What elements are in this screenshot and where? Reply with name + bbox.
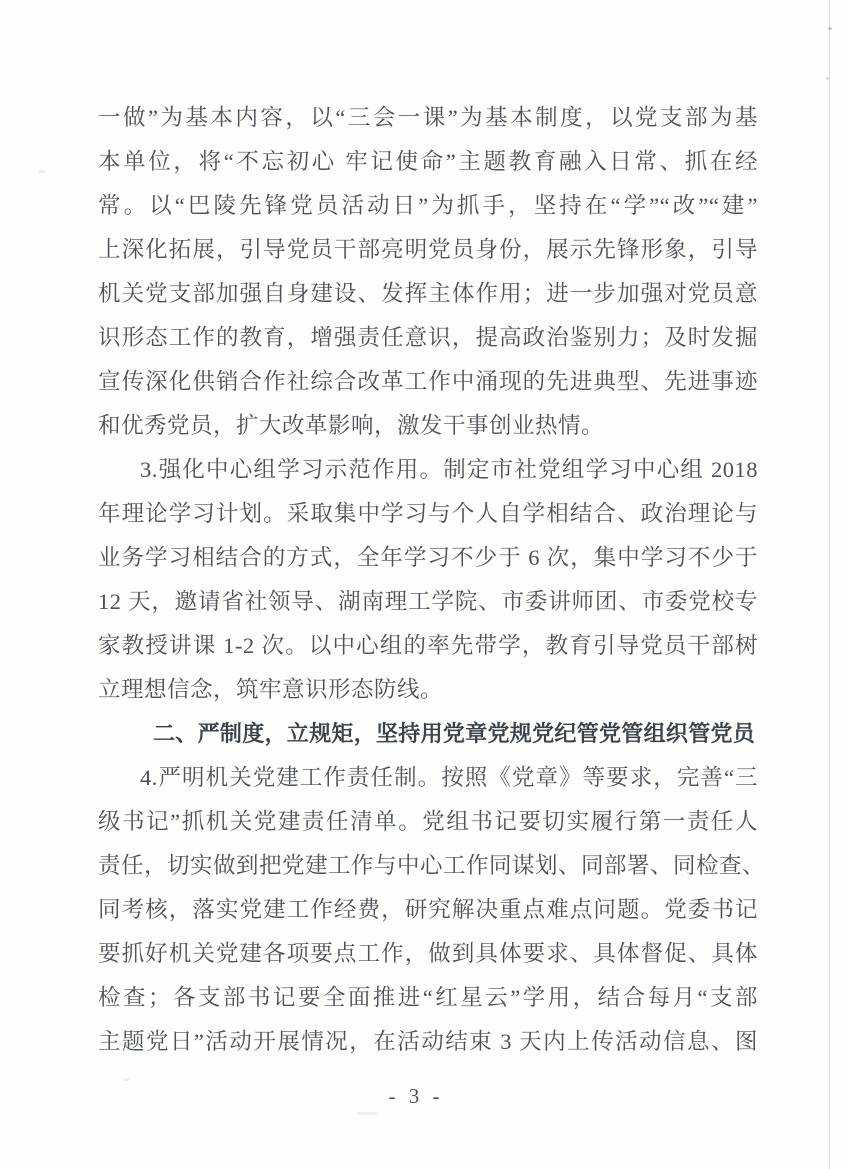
body-text-line: 12 天，邀请省社领导、湖南理工学院、市委讲师团、市委党校专: [98, 580, 758, 624]
scan-speck: [826, 77, 829, 80]
body-text-line: 责任，切实做到把党建工作与中心工作同谋划、同部署、同检查、: [98, 844, 758, 888]
section-heading: 二、严制度，立规矩，坚持用党章党规党纪管党管组织管党员: [98, 712, 758, 756]
body-text-line: 常。以“巴陵先锋党员活动日”为抓手，坚持在“学”“改”“建”: [98, 184, 758, 228]
body-text-line: 宣传深化供销合作社综合改革工作中涌现的先进典型、先进事迹: [98, 360, 758, 404]
body-text-line: 一做”为基本内容，以“三会一课”为基本制度，以党支部为基: [98, 96, 758, 140]
body-text-line: 年理论学习计划。采取集中学习与个人自学相结合、政治理论与: [98, 492, 758, 536]
body-text-line: 主题党日”活动开展情况，在活动结束 3 天内上传活动信息、图: [98, 1020, 758, 1064]
document-body: 一做”为基本内容，以“三会一课”为基本制度，以党支部为基本单位，将“不忘初心 牢…: [98, 96, 758, 1064]
body-text-line: 上深化拓展，引导党员干部亮明党员身份，展示先锋形象，引导: [98, 228, 758, 272]
body-text-line: 立理想信念，筑牢意识形态防线。: [98, 668, 758, 712]
body-text-line: 级书记”抓机关党建责任清单。党组书记要切实履行第一责任人: [98, 800, 758, 844]
body-text-line: 检查；各支部书记要全面推进“红星云”学用，结合每月“支部: [98, 976, 758, 1020]
scan-speck: [828, 27, 832, 30]
scan-speck: [357, 1112, 377, 1115]
body-text-line: 本单位，将“不忘初心 牢记使命”主题教育融入日常、抓在经: [98, 140, 758, 184]
scan-speck: [124, 1078, 129, 1081]
scan-speck: [39, 170, 45, 173]
scan-edge-artifact-line: [829, 0, 830, 1169]
body-text-line: 业务学习相结合的方式，全年学习不少于 6 次，集中学习不少于: [98, 536, 758, 580]
body-text-line: 和优秀党员，扩大改革影响，激发干事创业热情。: [98, 404, 758, 448]
page-number: - 3 -: [86, 1084, 746, 1109]
body-text-line: 家教授讲课 1-2 次。以中心组的率先带学，教育引导党员干部树: [98, 624, 758, 668]
body-text-line: 同考核，落实党建工作经费，研究解决重点难点问题。党委书记: [98, 888, 758, 932]
body-text-line: 识形态工作的教育，增强责任意识，提高政治鉴别力；及时发掘: [98, 316, 758, 360]
body-text-line: 4.严明机关党建工作责任制。按照《党章》等要求，完善“三: [98, 756, 758, 800]
body-text-line: 机关党支部加强自身建设、发挥主体作用；进一步加强对党员意: [98, 272, 758, 316]
scanned-document-page: 一做”为基本内容，以“三会一课”为基本制度，以党支部为基本单位，将“不忘初心 牢…: [0, 0, 850, 1169]
body-text-line: 3.强化中心组学习示范作用。制定市社党组学习中心组 2018: [98, 448, 758, 492]
body-text-line: 要抓好机关党建各项要点工作，做到具体要求、具体督促、具体: [98, 932, 758, 976]
